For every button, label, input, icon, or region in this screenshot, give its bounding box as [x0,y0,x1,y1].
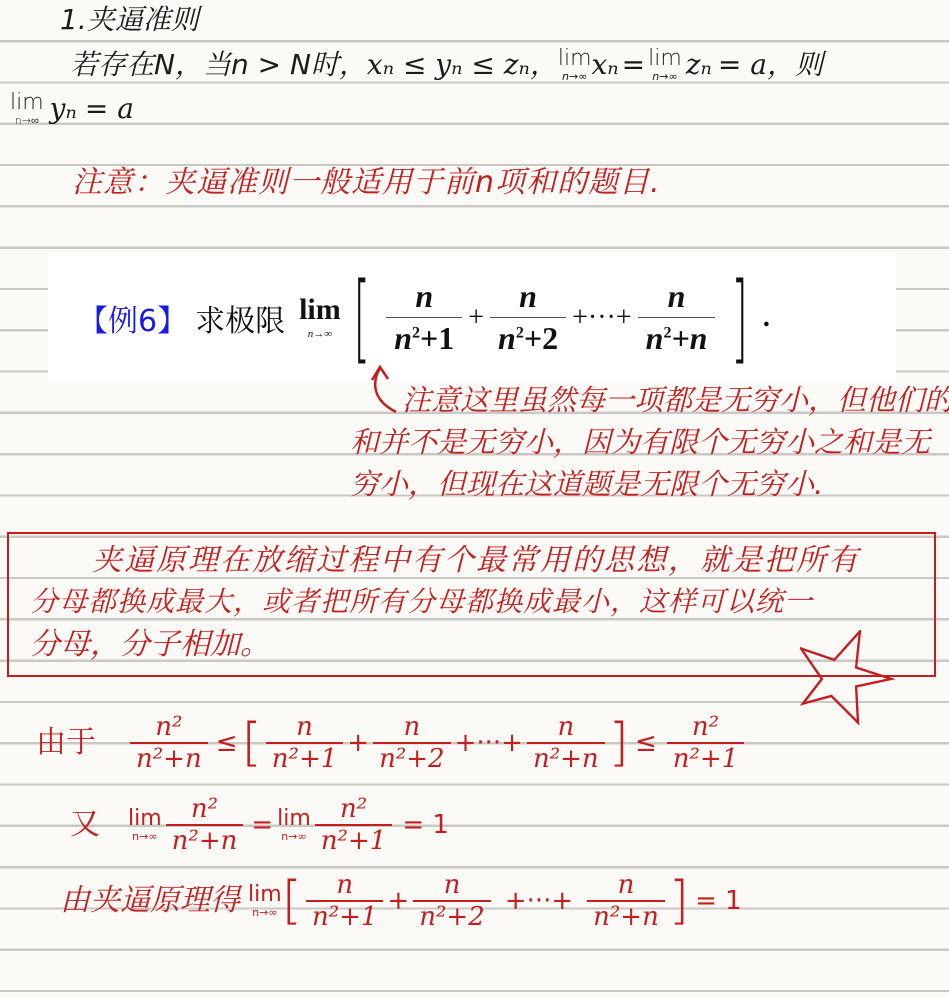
sum-term-n: n n²+n [527,714,605,772]
right-bracket: ] [732,275,749,361]
limit-fraction-1: n² n²+n [166,796,244,854]
limit-xn: lim n→∞ [558,48,592,82]
solution-inequality: 由于 n² n²+n ≤ [ n n²+1 + n n²+2 +···+ n n… [36,714,748,772]
solution-conclusion: 由夹逼原理得 lim n→∞ [ n n²+1 + n n²+2 +···+ n… [60,872,742,930]
theorem-statement-line1: 若存在N，当n > N时， xₙ ≤ yₙ ≤ zₙ ， lim n→∞ xₙ … [70,48,823,82]
limit-zn: lim n→∞ [648,48,682,82]
upper-bound-fraction: n² n²+1 [667,714,745,772]
separator: ， [530,51,558,79]
note-infinitesimal-line3: 穷小，但现在这道题是无限个无穷小. [350,470,823,499]
solution-label-since: 由于 [36,728,96,758]
theorem-inequality: xₙ ≤ yₙ ≤ zₙ [367,51,530,79]
term-1: n n2+1 [386,278,462,357]
example-problem-image: 【例6】 求极限 lim n→∞ [ n n2+1 + n n2+2 +···+… [48,253,896,383]
solution-label-also: 又 [70,810,100,840]
theorem-statement-line2: lim n→∞ yₙ = a [10,92,134,126]
key-idea-line1: 夹逼原理在放缩过程中有个最常用的思想，就是把所有 [92,546,860,576]
example-tag: 【例6】 [78,296,187,340]
solution-limits: 又 lim n→∞ n² n²+n = lim n→∞ n² n²+1 = 1 [70,796,449,854]
limit-yn: lim n→∞ [10,92,44,126]
note-infinitesimal-line2: 和并不是无穷小，因为有限个无穷小之和是无 [350,428,930,457]
left-bracket: [ [353,275,370,361]
limit-operator: lim n→∞ [299,295,341,340]
limit-fraction-2: n² n²+1 [315,796,393,854]
sum-term-1: n n²+1 [266,714,344,772]
theorem-condition: 若存在N，当n > N时， [70,51,367,79]
example-expression: lim n→∞ [ n n2+1 + n n2+2 +···+ n n2+n ]… [299,275,772,361]
key-idea-line3: 分母，分子相加。 [30,630,270,660]
note-squeeze-usage: 注意：夹逼准则一般适用于前n项和的题目. [72,168,661,198]
note-infinitesimal-line1: 注意这里虽然每一项都是无穷小，但他们的 [402,386,949,415]
example-prompt: 求极限 [195,296,285,340]
final-term-2: n n²+2 [413,872,491,930]
term-n: n n2+n [638,278,716,357]
final-term-n: n n²+n [587,872,665,930]
sum-term-2: n n²+2 [373,714,451,772]
solution-label-conclusion: 由夹逼原理得 [60,886,240,916]
annotation-arrow-icon [366,362,406,422]
star-icon [800,630,900,730]
example-problem: 【例6】 求极限 lim n→∞ [ n n2+1 + n n2+2 +···+… [78,267,772,369]
lower-bound-fraction: n² n²+n [130,714,208,772]
key-idea-line2: 分母都换成最大，或者把所有分母都换成最小，这样可以统一 [30,588,813,616]
section-heading: 1.夹逼准则 [60,6,199,34]
final-term-1: n n²+1 [306,872,384,930]
term-2: n n2+2 [490,278,566,357]
